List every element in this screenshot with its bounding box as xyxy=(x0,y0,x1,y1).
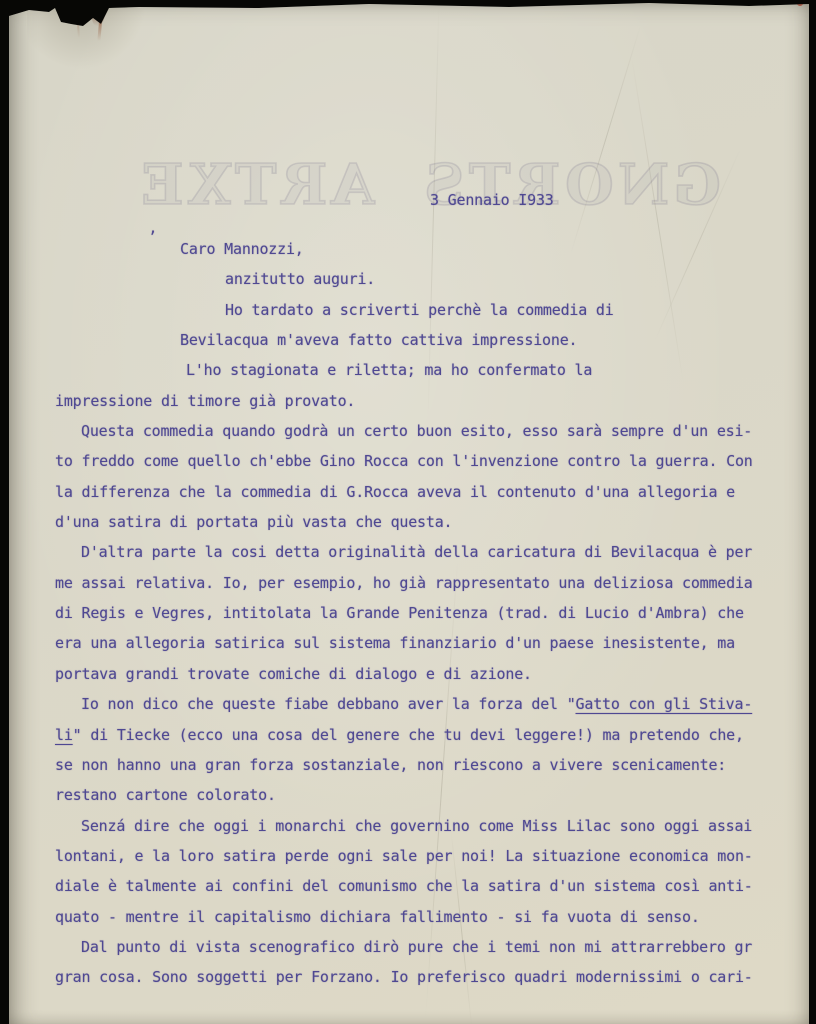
letter-text: Caro Mannozzi, xyxy=(180,240,304,258)
letter-text: era una allegoria satirica sul sistema f… xyxy=(55,634,735,652)
letter-line: Caro Mannozzi, xyxy=(180,234,779,264)
letter-text: diale è talmente ai confini del comunism… xyxy=(55,877,753,895)
paper: EXTRA STRONG 3 Gennaio I933 Caro Mannozz… xyxy=(9,0,809,1024)
letter-line: era una allegoria satirica sul sistema f… xyxy=(55,628,779,658)
scan-background: { "colors": { "ink": "#4f4892", "paper":… xyxy=(0,0,816,1024)
underlined-title: li xyxy=(55,726,73,744)
letter-line: di Regis e Vegres, intitolata la Grande … xyxy=(55,598,779,628)
letter-line: gran cosa. Sono soggetti per Forzano. Io… xyxy=(55,962,779,992)
letter-line: diale è talmente ai confini del comunism… xyxy=(55,871,779,901)
letter-line: to freddo come quello ch'ebbe Gino Rocca… xyxy=(55,446,779,476)
letter-line: Ho tardato a scriverti perchè la commedi… xyxy=(225,295,779,325)
letter-line: restano cartone colorato. xyxy=(55,780,779,810)
letter-line: lontani, e la loro satira perde ogni sal… xyxy=(55,841,779,871)
letter-line: anzitutto auguri. xyxy=(225,264,779,294)
letter-text: lontani, e la loro satira perde ogni sal… xyxy=(55,847,753,865)
letter-line: la differenza che la commedia di G.Rocca… xyxy=(55,477,779,507)
letter-text: impressione di timore già provato. xyxy=(55,392,355,410)
letter-text: gran cosa. Sono soggetti per Forzano. Io… xyxy=(55,968,753,986)
letter-lines: Caro Mannozzi,anzitutto auguri.Ho tardat… xyxy=(55,234,779,993)
letter-text: me assai relativa. Io, per esempio, ho g… xyxy=(55,574,753,592)
letter-text: la differenza che la commedia di G.Rocca… xyxy=(55,483,735,501)
letter-body: 3 Gennaio I933 Caro Mannozzi,anzitutto a… xyxy=(9,0,809,1024)
letter-text: Bevilacqua m'aveva fatto cattiva impress… xyxy=(180,331,577,349)
letter-line: portava grandi trovate comiche di dialog… xyxy=(55,659,779,689)
letter-text: to freddo come quello ch'ebbe Gino Rocca… xyxy=(55,452,753,470)
letter-text: restano cartone colorato. xyxy=(55,786,276,804)
letter-line: quato - mentre il capitalismo dichiara f… xyxy=(55,902,779,932)
letter-text: Senzá dire che oggi i monarchi che gover… xyxy=(81,817,752,835)
letter-text: se non hanno una gran forza sostanziale,… xyxy=(55,756,726,774)
letter-line: Dal punto di vista scenografico dirò pur… xyxy=(81,932,779,962)
letter-text: di Regis e Vegres, intitolata la Grande … xyxy=(55,604,744,622)
letter-text: D'altra parte la cosi detta originalità … xyxy=(81,543,752,561)
letter-text: Questa commedia quando godrà un certo bu… xyxy=(81,422,752,440)
letter-text: Ho tardato a scriverti perchè la commedi… xyxy=(225,301,614,319)
letter-text: L'ho stagionata e riletta; ma ho conferm… xyxy=(186,361,592,379)
letter-line: me assai relativa. Io, per esempio, ho g… xyxy=(55,568,779,598)
letter-line: Senzá dire che oggi i monarchi che gover… xyxy=(81,811,779,841)
letter-text: Io non dico che queste fiabe debbano ave… xyxy=(81,695,576,713)
letter-line: Io non dico che queste fiabe debbano ave… xyxy=(81,689,779,719)
letter-text: Dal punto di vista scenografico dirò pur… xyxy=(81,938,752,956)
letter-date: 3 Gennaio I933 xyxy=(430,189,779,211)
letter-text: d'una satira di portata più vasta che qu… xyxy=(55,513,452,531)
letter-line: li" di Tiecke (ecco una cosa del genere … xyxy=(55,720,779,750)
letter-line: L'ho stagionata e riletta; ma ho conferm… xyxy=(186,355,779,385)
letter-line: se non hanno una gran forza sostanziale,… xyxy=(55,750,779,780)
letter-line: D'altra parte la cosi detta originalità … xyxy=(81,537,779,567)
letter-line: impressione di timore già provato. xyxy=(55,386,779,416)
stray-mark: ’ xyxy=(148,228,157,246)
letter-line: d'una satira di portata più vasta che qu… xyxy=(55,507,779,537)
letter-line: Bevilacqua m'aveva fatto cattiva impress… xyxy=(180,325,779,355)
letter-text: anzitutto auguri. xyxy=(225,270,375,288)
letter-text: portava grandi trovate comiche di dialog… xyxy=(55,665,532,683)
letter-text: quato - mentre il capitalismo dichiara f… xyxy=(55,908,700,926)
underlined-title: Gatto con gli Stiva- xyxy=(576,695,753,713)
letter-line: Questa commedia quando godrà un certo bu… xyxy=(81,416,779,446)
letter-text: " di Tiecke (ecco una cosa del genere ch… xyxy=(73,726,744,744)
